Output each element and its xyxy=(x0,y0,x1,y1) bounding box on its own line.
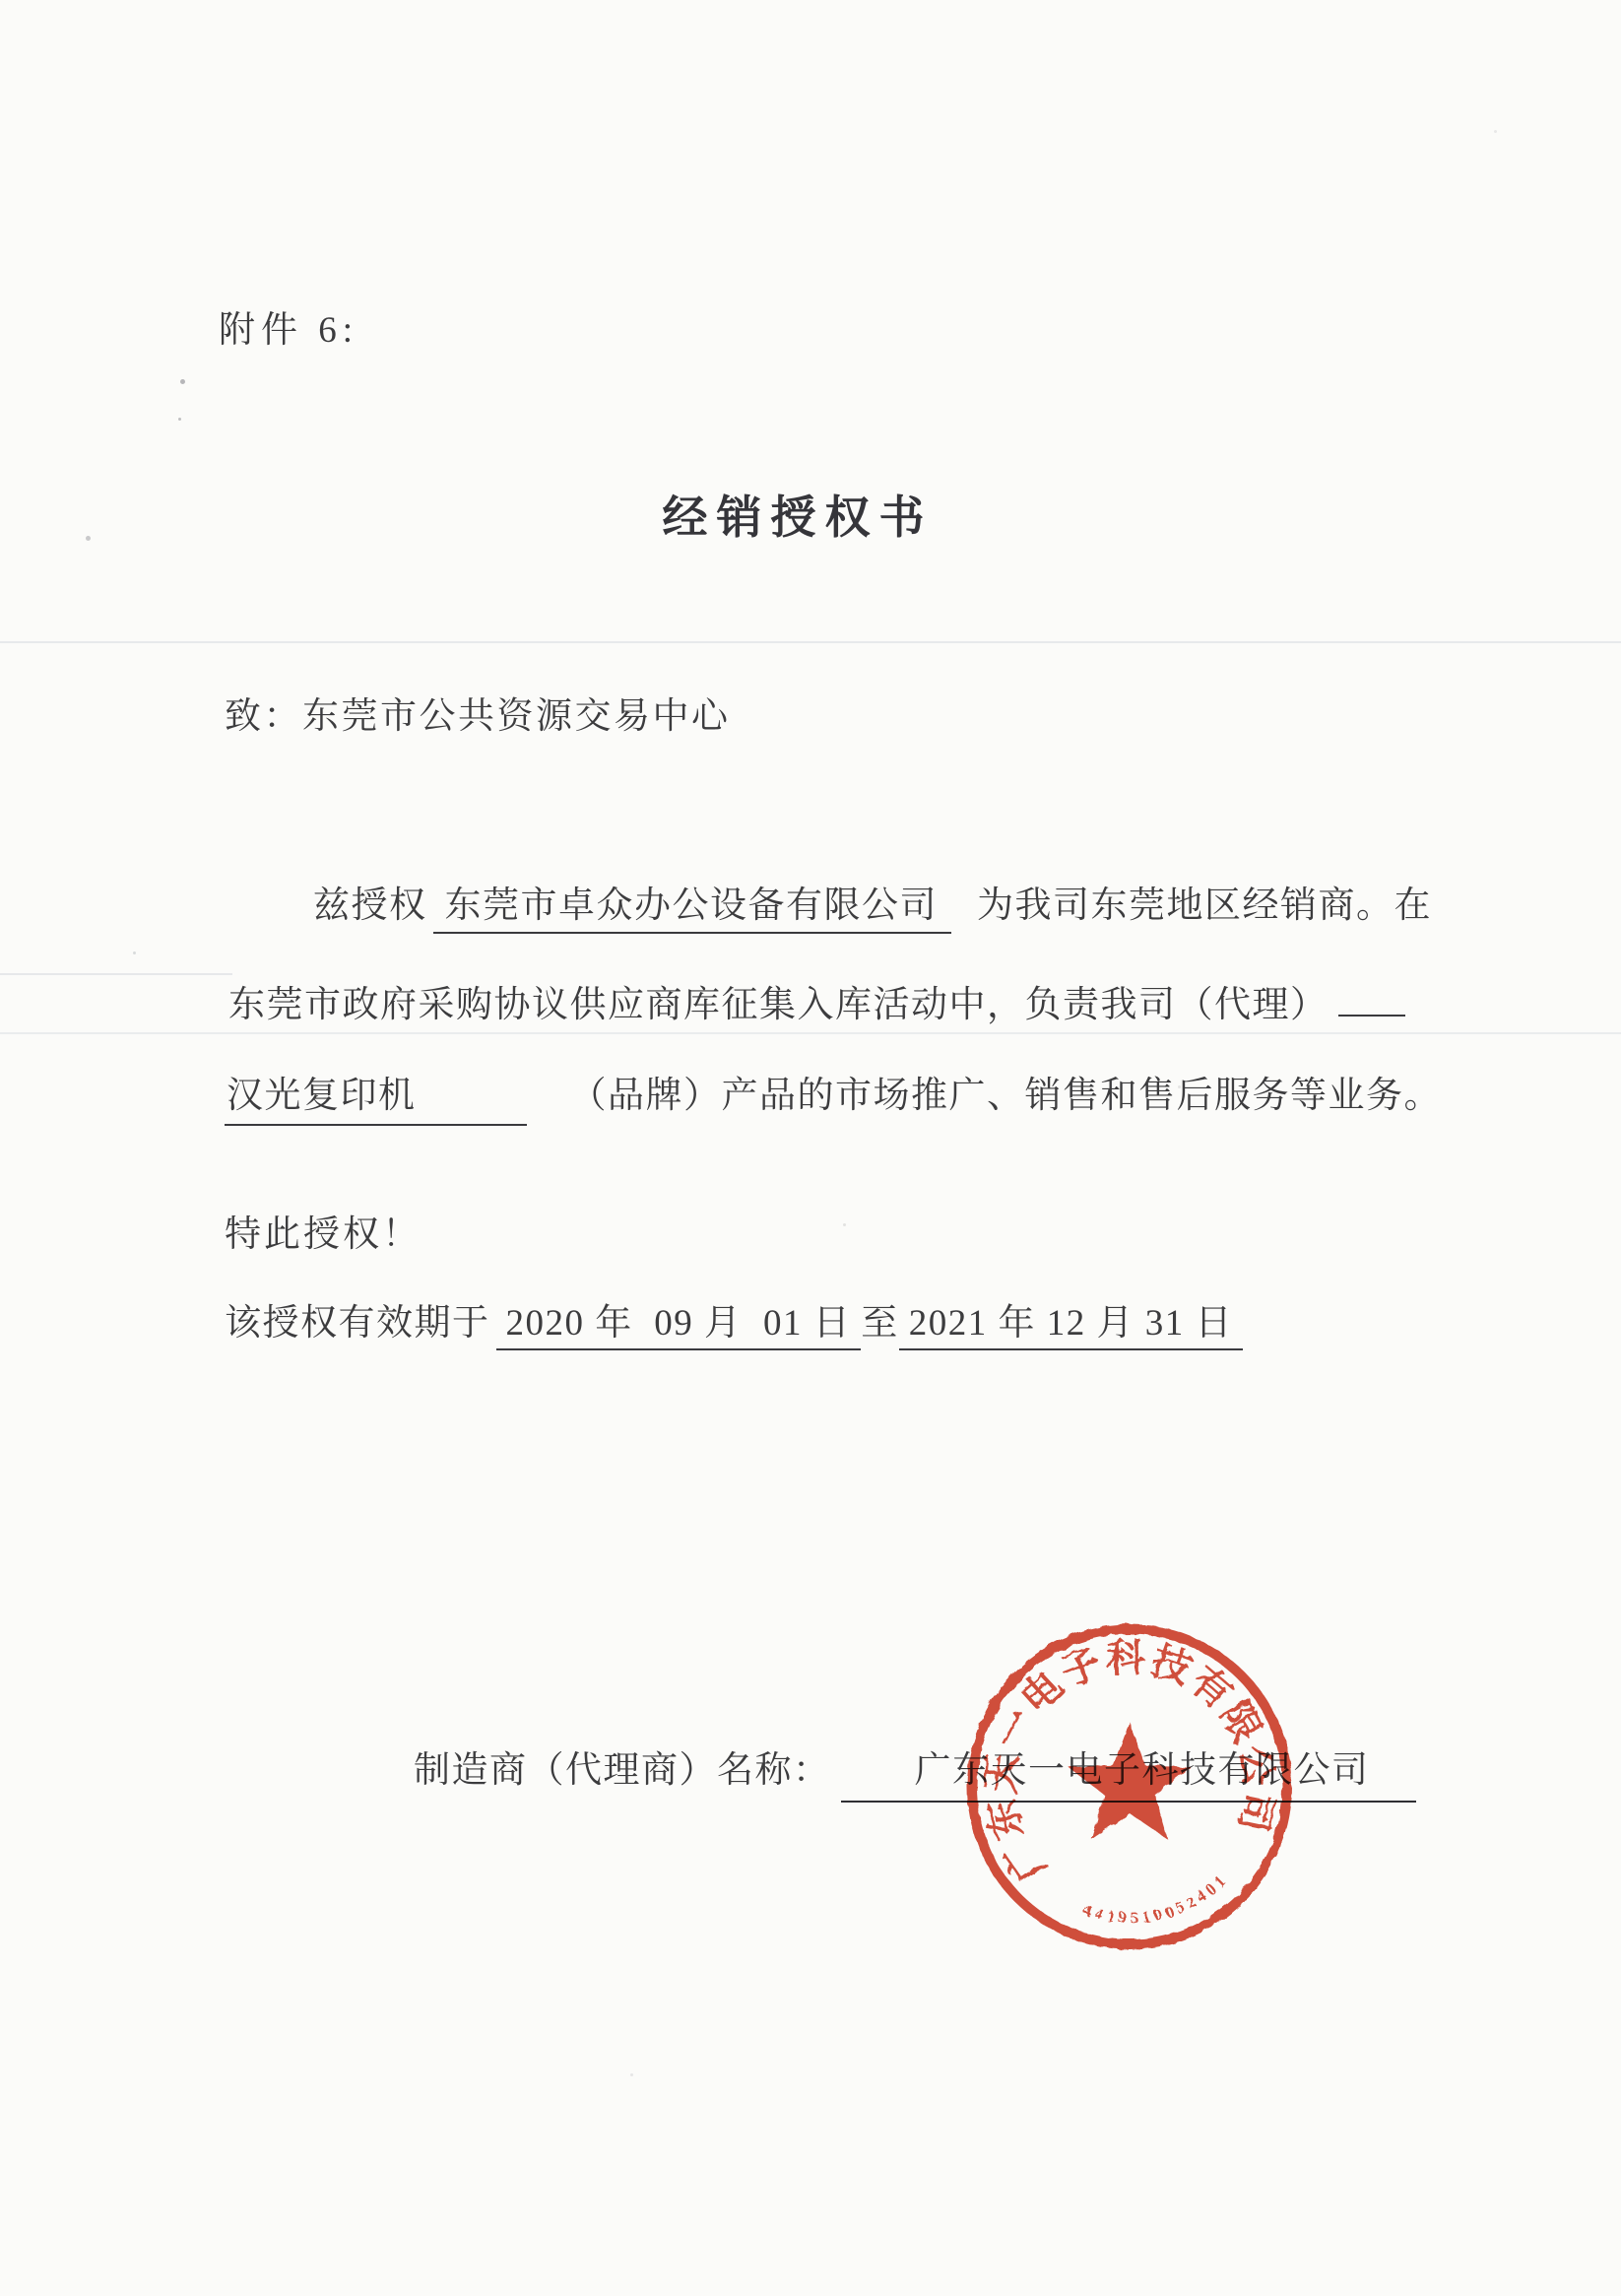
body-line-brand: 汉光复印机（品牌）产品的市场推广、销售和售后服务等业务。 xyxy=(225,1073,1442,1120)
hereby-line: 特此授权！ xyxy=(225,1212,421,1259)
scan-artifact-line-left xyxy=(0,973,232,975)
validity-end-underline: 2021 年 12 月 31 日 xyxy=(899,1303,1243,1350)
attachment-label: 附件 6: xyxy=(219,307,358,355)
activity-text: 东莞市政府采购协议供应商库征集入库活动中，负责我司（代理） xyxy=(228,985,1329,1025)
body-line-authorize: 兹授权东莞市卓众办公设备有限公司为我司东莞地区经销商。在 xyxy=(313,883,1432,930)
validity-to: 至 xyxy=(861,1303,899,1344)
scan-artifact-line-mid xyxy=(0,1032,1621,1034)
dealer-name-underline: 东莞市卓众办公设备有限公司 xyxy=(433,886,952,934)
body-line-activity: 东莞市政府采购协议供应商库征集入库活动中，负责我司（代理） xyxy=(228,981,1405,1029)
authorize-prefix: 兹授权 xyxy=(313,886,427,926)
signature-label: 制造商（代理商）名称： xyxy=(414,1750,831,1791)
validity-line: 该授权有效期于2020 年 09 月 01 日至2021 年 12 月 31 日 xyxy=(225,1300,1243,1347)
page-title: 经销授权书 xyxy=(0,494,1621,542)
scan-artifact-line-top xyxy=(0,641,1621,643)
company-stamp: 广东天一电子科技有限公司 4419510052401 xyxy=(960,1617,1300,1957)
scan-specks xyxy=(0,0,3,3)
stamp-star-icon xyxy=(1068,1722,1192,1839)
authorize-suffix: 为我司东莞地区经销商。在 xyxy=(977,886,1432,926)
brand-line-suffix: （品牌）产品的市场推广、销售和售后服务等业务。 xyxy=(570,1076,1443,1116)
recipient-line: 致：东莞市公共资源交易中心 xyxy=(225,693,731,741)
brand-name-underline: 汉光复印机 xyxy=(225,1076,527,1126)
scanned-document-page: 附件 6: 经销授权书 致：东莞市公共资源交易中心 兹授权东莞市卓众办公设备有限… xyxy=(0,0,1621,2296)
validity-start-underline: 2020 年 09 月 01 日 xyxy=(496,1303,862,1350)
blank-underline xyxy=(1338,981,1405,1017)
validity-prefix: 该授权有效期于 xyxy=(225,1303,490,1344)
